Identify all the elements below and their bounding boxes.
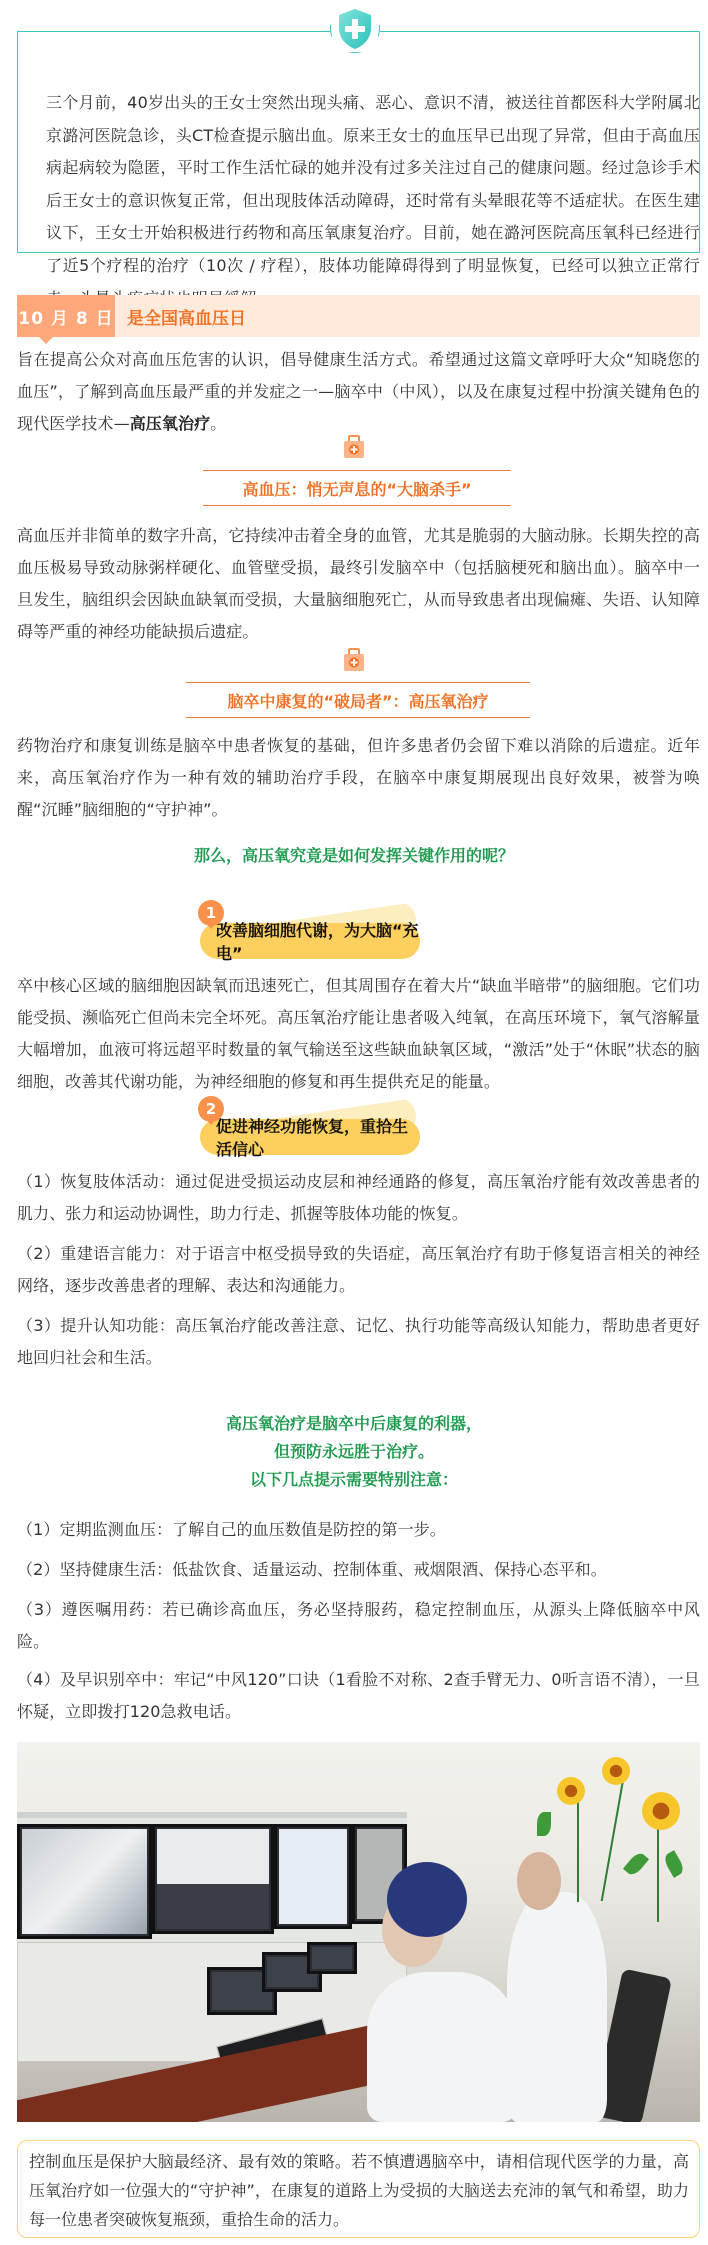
surgical-cap [387,1862,467,1937]
prevention-note-line-2: 但预防永远胜于治疗。 [0,1438,708,1466]
intro-box: 三个月前，40岁出头的王女士突然出现头痛、恶心、意识不清，被送往首都医科大学附属… [17,31,700,253]
person-man [507,1892,607,2122]
badge-tail [206,923,216,929]
prevention-note-line-1: 高压氧治疗是脑卒中后康复的利器， [0,1410,708,1438]
point-2-title: 促进神经功能恢复，重拾生活信心 [200,1119,420,1155]
sunflower [602,1757,630,1785]
leaf [623,1850,649,1877]
point-1-paragraph: 卒中核心区域的脑细胞因缺氧而迅速死亡，但其周围存在着大片“缺血半暗带”的脑细胞。… [17,970,700,1098]
point-2-item-2: （2）重建语言能力：对于语言中枢受损导致的失语症，高压氧治疗有助于修复语言相关的… [17,1238,700,1302]
monitor [152,1824,274,1934]
touch-panel [307,1942,357,1974]
intro-paragraph-bold: 高压氧治疗 [130,414,211,433]
date-tag: 10 月 8 日 [17,295,115,337]
prevention-note-line-3: 以下几点提示需要特别注意： [0,1466,708,1494]
point-2-item-3: （3）提升认知功能：高压氧治疗能改善注意、记忆、执行功能等高级认知能力，帮助患者… [17,1310,700,1374]
tip-2: （2）坚持健康生活：低盐饮食、适量运动、控制体重、戒烟限酒、保持心态平和。 [17,1554,700,1586]
leaf [662,1850,686,1878]
control-room-photo [17,1742,700,2122]
prevention-note: 高压氧治疗是脑卒中后康复的利器， 但预防永远胜于治疗。 以下几点提示需要特别注意… [0,1410,708,1494]
person-man-head [517,1852,561,1910]
badge-tail [206,1119,216,1125]
point-2-item-1: （1）恢复肢体活动：通过促进受损运动皮层和神经通路的修复，高压氧治疗能有效改善患… [17,1166,700,1230]
section-heading-hbot: 脑卒中康复的“破局者”：高压氧治疗 [186,682,530,718]
tip-3: （3）遵医嘱用药：若已确诊高血压，务必坚持服药，稳定控制血压，从源头上降低脑卒中… [17,1594,700,1658]
point-2-heading: 促进神经功能恢复，重拾生活信心 2 [198,1096,420,1156]
leaf [537,1812,551,1836]
conclusion-text: 控制血压是保护大脑最经济、最有效的策略。若不慎遭遇脑卒中，请相信现代医学的力量，… [29,2147,689,2234]
intro-paragraph-text: 旨在提高公众对高血压危害的认识，倡导健康生活方式。希望通过这篇文章呼吁大众“知晓… [17,350,700,433]
intro-paragraph: 旨在提高公众对高血压危害的认识，倡导健康生活方式。希望通过这篇文章呼吁大众“知晓… [17,344,700,440]
date-banner: 10 月 8 日 是全国高血压日 [17,295,700,337]
date-title: 是全国高血压日 [127,295,246,337]
date-tag-pointer [39,337,53,344]
sunflower [557,1777,585,1805]
monitor [274,1824,352,1929]
monitor [17,1824,152,1939]
section-heading-hypertension: 高血压：悄无声息的“大脑杀手” [203,470,511,506]
sunflower-stem [577,1792,579,1902]
point-1-heading: 改善脑细胞代谢，为大脑“充电” 1 [198,900,420,960]
medical-kit-icon [343,648,365,672]
point-1-title: 改善脑细胞代谢，为大脑“充电” [200,923,420,959]
tip-1: （1）定期监测血压：了解自己的血压数值是防控的第一步。 [17,1514,700,1546]
sunflower [642,1792,680,1830]
sunflower-stem [601,1773,626,1901]
section1-paragraph: 高血压并非简单的数字升高，它持续冲击着全身的血管，尤其是脆弱的大脑动脉。长期失控… [17,520,700,648]
key-question: 那么，高压氧究竟是如何发挥关键作用的呢？ [0,843,708,866]
section2-paragraph: 药物治疗和康复训练是脑卒中患者恢复的基础，但许多患者仍会留下难以消除的后遗症。近… [17,730,700,826]
medical-kit-icon [343,435,365,459]
shield-plus-icon [332,6,378,52]
tip-4: （4）及早识别卒中：牢记“中风120”口诀（1看脸不对称、2查手臂无力、0听言语… [17,1664,700,1728]
person-woman [367,1972,517,2122]
intro-text: 三个月前，40岁出头的王女士突然出现头痛、恶心、意识不清，被送往首都医科大学附属… [46,87,700,315]
conclusion-box: 控制血压是保护大脑最经济、最有效的策略。若不慎遭遇脑卒中，请相信现代医学的力量，… [17,2140,700,2238]
intro-paragraph-end: 。 [210,414,226,433]
